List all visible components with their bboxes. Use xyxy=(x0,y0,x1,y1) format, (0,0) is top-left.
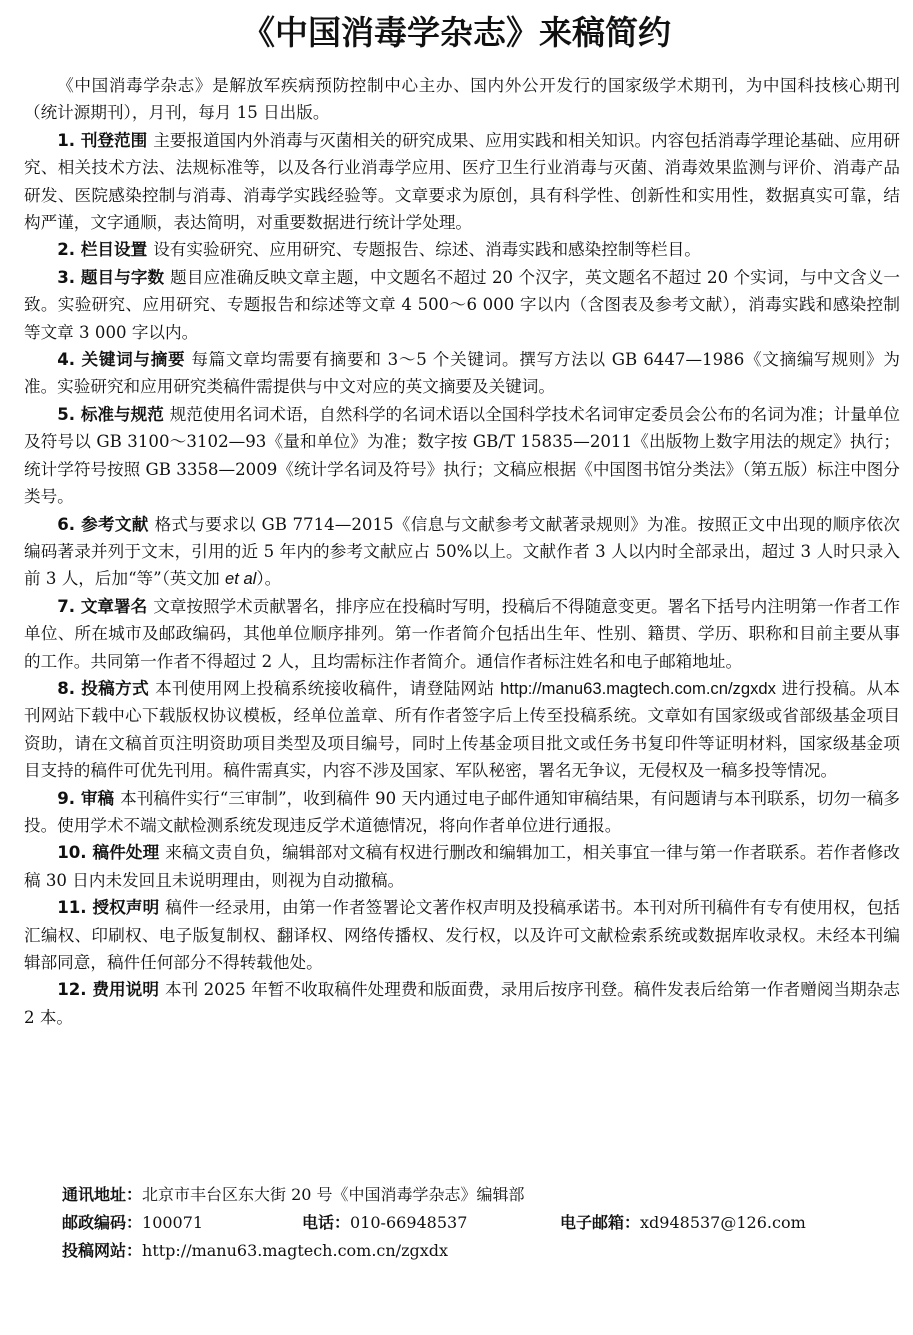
section-fees: 12. 费用说明本刊 2025 年暂不收取稿件处理费和版面费，录用后按序刊登。稿… xyxy=(24,976,900,1031)
section-authorization: 11. 授权声明稿件一经录用，由第一作者签署论文著作权声明及投稿承诺书。本刊对所… xyxy=(24,894,900,976)
section-heading: 5. 标准与规范 xyxy=(57,405,164,424)
section-heading: 6. 参考文献 xyxy=(57,515,148,534)
website-label: 投稿网站： xyxy=(62,1237,142,1265)
section-text: 设有实验研究、应用研究、专题报告、综述、消毒实践和感染控制等栏目。 xyxy=(153,240,701,259)
email-link[interactable]: xd948537@126.com xyxy=(640,1213,806,1232)
section-references: 6. 参考文献格式与要求以 GB 7714—2015《信息与文献参考文献著录规则… xyxy=(24,511,900,593)
section-text: 主要报道国内外消毒与灭菌相关的研究成果、应用实践和相关知识。内容包括消毒学理论基… xyxy=(24,131,900,232)
section-heading: 9. 审稿 xyxy=(57,789,114,808)
contact-address-row: 通讯地址： 北京市丰台区东大街 20 号《中国消毒学杂志》编辑部 xyxy=(62,1181,882,1209)
page-title: 《中国消毒学杂志》来稿简约 xyxy=(0,8,913,58)
section-columns: 2. 栏目设置设有实验研究、应用研究、专题报告、综述、消毒实践和感染控制等栏目。 xyxy=(24,236,900,263)
postcode-label: 邮政编码： xyxy=(62,1213,142,1232)
section-text: 本刊稿件实行“三审制”，收到稿件 90 天内通过电子邮件通知审稿结果，有问题请与… xyxy=(24,789,900,835)
section-authorship: 7. 文章署名文章按照学术贡献署名，排序应在投稿时写明，投稿后不得随意变更。署名… xyxy=(24,593,900,675)
contact-info-row: 邮政编码：100071 电话：010-66948537 电子邮箱：xd94853… xyxy=(62,1209,882,1237)
contact-website-row: 投稿网站： http://manu63.magtech.com.cn/zgxdx xyxy=(62,1237,882,1265)
section-heading: 11. 授权声明 xyxy=(57,898,159,917)
phone-label: 电话： xyxy=(302,1213,350,1232)
section-heading: 2. 栏目设置 xyxy=(57,240,147,259)
section-manuscript-handling: 10. 稿件处理来稿文责自负，编辑部对文稿有权进行删改和编辑加工，相关事宜一律与… xyxy=(24,839,900,894)
section-review: 9. 审稿本刊稿件实行“三审制”，收到稿件 90 天内通过电子邮件通知审稿结果，… xyxy=(24,785,900,840)
section-heading: 3. 题目与字数 xyxy=(57,268,164,287)
section-standards: 5. 标准与规范规范使用名词术语，自然科学的名词术语以全国科学技术名词审定委员会… xyxy=(24,401,900,511)
section-keywords-abstract: 4. 关键词与摘要每篇文章均需要有摘要和 3～5 个关键词。撰写方法以 GB 6… xyxy=(24,346,900,401)
section-heading: 10. 稿件处理 xyxy=(57,843,159,862)
submission-website-link[interactable]: http://manu63.magtech.com.cn/zgxdx xyxy=(500,679,776,698)
section-title-length: 3. 题目与字数题目应准确反映文章主题，中文题名不超过 20 个汉字，英文题名不… xyxy=(24,264,900,346)
postcode-cell: 邮政编码：100071 xyxy=(62,1209,302,1237)
section-heading: 4. 关键词与摘要 xyxy=(57,350,185,369)
email-label: 电子邮箱： xyxy=(560,1213,640,1232)
address-label: 通讯地址： xyxy=(62,1181,142,1209)
postcode-value: 100071 xyxy=(142,1213,203,1232)
section-heading: 1. 刊登范围 xyxy=(57,131,147,150)
section-heading: 8. 投稿方式 xyxy=(57,679,149,698)
section-text: 本刊使用网上投稿系统接收稿件，请登陆网站 xyxy=(155,679,500,698)
phone-cell: 电话：010-66948537 xyxy=(302,1209,560,1237)
section-heading: 12. 费用说明 xyxy=(57,980,159,999)
et-al-italic: et al xyxy=(225,569,256,588)
intro-paragraph: 《中国消毒学杂志》是解放军疾病预防控制中心主办、国内外公开发行的国家级学术期刊，… xyxy=(24,72,900,127)
phone-value: 010-66948537 xyxy=(350,1213,467,1232)
contact-block: 通讯地址： 北京市丰台区东大街 20 号《中国消毒学杂志》编辑部 邮政编码：10… xyxy=(62,1181,882,1265)
section-scope: 1. 刊登范围主要报道国内外消毒与灭菌相关的研究成果、应用实践和相关知识。内容包… xyxy=(24,127,900,237)
section-submission: 8. 投稿方式本刊使用网上投稿系统接收稿件，请登陆网站 http://manu6… xyxy=(24,675,900,785)
address-value: 北京市丰台区东大街 20 号《中国消毒学杂志》编辑部 xyxy=(142,1181,525,1209)
section-text-tail: ）。 xyxy=(256,569,281,588)
email-cell: 电子邮箱：xd948537@126.com xyxy=(560,1209,806,1237)
section-text: 格式与要求以 GB 7714—2015《信息与文献参考文献著录规则》为准。按照正… xyxy=(24,515,900,589)
document-body: 《中国消毒学杂志》是解放军疾病预防控制中心主办、国内外公开发行的国家级学术期刊，… xyxy=(24,72,900,1031)
section-heading: 7. 文章署名 xyxy=(57,597,147,616)
section-text: 文章按照学术贡献署名，排序应在投稿时写明，投稿后不得随意变更。署名下括号内注明第… xyxy=(24,597,900,671)
website-link[interactable]: http://manu63.magtech.com.cn/zgxdx xyxy=(142,1237,448,1265)
